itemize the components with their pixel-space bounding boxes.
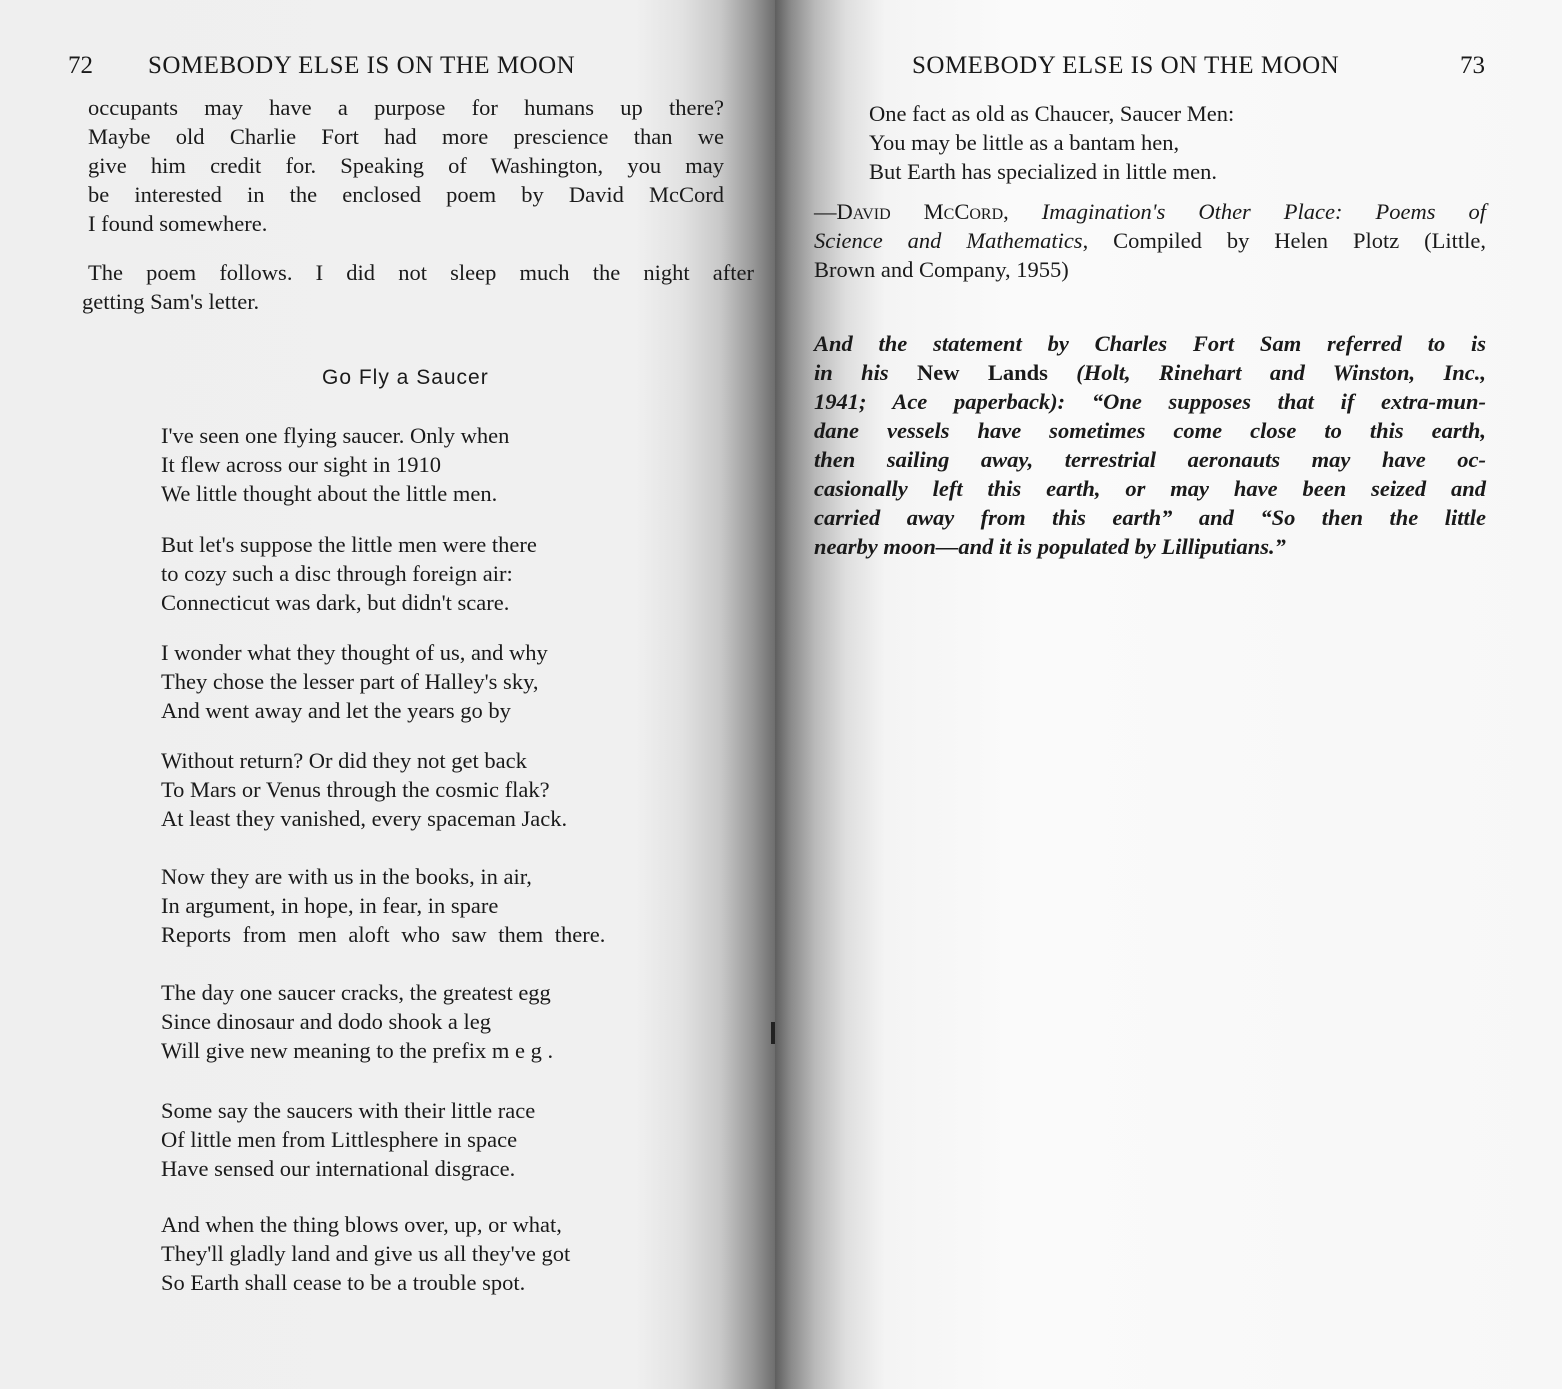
text-line: getting Sam's letter.: [76, 287, 754, 316]
verse-line: Will give new meaning to the prefix m e …: [161, 1036, 553, 1065]
verse-line: Some say the saucers with their little r…: [161, 1096, 535, 1125]
verse-line: At least they vanished, every spaceman J…: [161, 804, 567, 833]
narrative-paragraph: The poem follows. I did not sleep much t…: [82, 258, 754, 316]
citation-dash: —: [814, 199, 837, 224]
verse-line: One fact as old as Chaucer, Saucer Men:: [869, 99, 1234, 128]
verse-line: Now they are with us in the books, in ai…: [161, 862, 605, 891]
verse-line: Have sensed our international disgrace.: [161, 1154, 535, 1183]
note-line: casionally left this earth, or may have …: [814, 474, 1486, 503]
poem-stanza: Now they are with us in the books, in ai…: [161, 862, 605, 949]
left-page: 72 SOMEBODY ELSE IS ON THE MOON occupant…: [0, 0, 775, 1389]
verse-line: to cozy such a disc through foreign air:: [161, 559, 537, 588]
verse-line: And when the thing blows over, up, or wh…: [161, 1210, 570, 1239]
page-number-right: 73: [1460, 52, 1485, 80]
note-line: carried away from this earth” and “So th…: [814, 503, 1486, 532]
text-line: give him credit for. Speaking of Washing…: [88, 151, 724, 180]
verse-line: But let's suppose the little men were th…: [161, 530, 537, 559]
poem-stanza: Without return? Or did they not get back…: [161, 746, 567, 833]
citation-line: —David McCord, Imagination's Other Place…: [814, 197, 1486, 226]
verse-line: And went away and let the years go by: [161, 696, 548, 725]
verse-line: Reports from men aloft who saw them ther…: [161, 920, 605, 949]
note-line: in his New Lands (Holt, Rinehart and Win…: [814, 358, 1486, 387]
citation-book-title: Imagination's Other Place: Poems of: [1042, 199, 1486, 224]
verse-line: They'll gladly land and give us all they…: [161, 1239, 570, 1268]
poem-citation: —David McCord, Imagination's Other Place…: [814, 197, 1486, 284]
verse-line: You may be little as a bantam hen,: [869, 128, 1234, 157]
text-line: be interested in the enclosed poem by Da…: [88, 180, 724, 209]
verse-line: Connecticut was dark, but didn't scare.: [161, 588, 537, 617]
verse-line: I wonder what they thought of us, and wh…: [161, 638, 548, 667]
verse-line: Without return? Or did they not get back: [161, 746, 567, 775]
running-head-right: SOMEBODY ELSE IS ON THE MOON: [912, 52, 1339, 80]
verse-line: I've seen one flying saucer. Only when: [161, 421, 509, 450]
verse-line: The day one saucer cracks, the greatest …: [161, 978, 553, 1007]
citation-line: Science and Mathematics, Compiled by Hel…: [814, 226, 1486, 255]
verse-line: But Earth has specialized in little men.: [869, 157, 1234, 186]
verse-line: Since dinosaur and dodo shook a leg: [161, 1007, 553, 1036]
note-line: dane vessels have sometimes come close t…: [814, 416, 1486, 445]
verse-line: In argument, in hope, in fear, in spare: [161, 891, 605, 920]
note-line: then sailing away, terrestrial aeronauts…: [814, 445, 1486, 474]
citation-book-title: Science and Mathematics: [814, 228, 1083, 253]
poem-stanza: Some say the saucers with their little r…: [161, 1096, 535, 1183]
verse-line: To Mars or Venus through the cosmic flak…: [161, 775, 567, 804]
text-line: Maybe old Charlie Fort had more prescien…: [88, 122, 724, 151]
note-line: nearby moon—and it is populated by Lilli…: [814, 532, 1486, 561]
book-spread: 72 SOMEBODY ELSE IS ON THE MOON occupant…: [0, 0, 1562, 1389]
text-line: I found somewhere.: [88, 209, 724, 238]
text-line: The poem follows. I did not sleep much t…: [82, 258, 754, 287]
page-number-left: 72: [68, 52, 93, 80]
citation-author: David McCord: [837, 199, 1004, 224]
poem-stanza: I've seen one flying saucer. Only when I…: [161, 421, 509, 508]
text-line: occupants may have a purpose for humans …: [88, 93, 724, 122]
note-line: And the statement by Charles Fort Sam re…: [814, 329, 1486, 358]
citation-line: Brown and Company, 1955): [814, 255, 1486, 284]
verse-line: We little thought about the little men.: [161, 479, 509, 508]
note-line: 1941; Ace paperback): “One supposes that…: [814, 387, 1486, 416]
poem-stanza: But let's suppose the little men were th…: [161, 530, 537, 617]
poem-stanza: And when the thing blows over, up, or wh…: [161, 1210, 570, 1297]
book-title-new-lands: New Lands: [917, 360, 1048, 385]
verse-line: Of little men from Littlesphere in space: [161, 1125, 535, 1154]
poem-stanza: I wonder what they thought of us, and wh…: [161, 638, 548, 725]
verse-line: So Earth shall cease to be a trouble spo…: [161, 1268, 570, 1297]
poem-final-stanza: One fact as old as Chaucer, Saucer Men: …: [869, 99, 1234, 186]
author-note: And the statement by Charles Fort Sam re…: [814, 329, 1486, 561]
verse-line: It flew across our sight in 1910: [161, 450, 509, 479]
letter-paragraph: occupants may have a purpose for humans …: [88, 93, 724, 238]
running-head-left: SOMEBODY ELSE IS ON THE MOON: [148, 52, 575, 80]
poem-title: Go Fly a Saucer: [322, 366, 489, 390]
verse-line: They chose the lesser part of Halley's s…: [161, 667, 548, 696]
poem-stanza: The day one saucer cracks, the greatest …: [161, 978, 553, 1065]
